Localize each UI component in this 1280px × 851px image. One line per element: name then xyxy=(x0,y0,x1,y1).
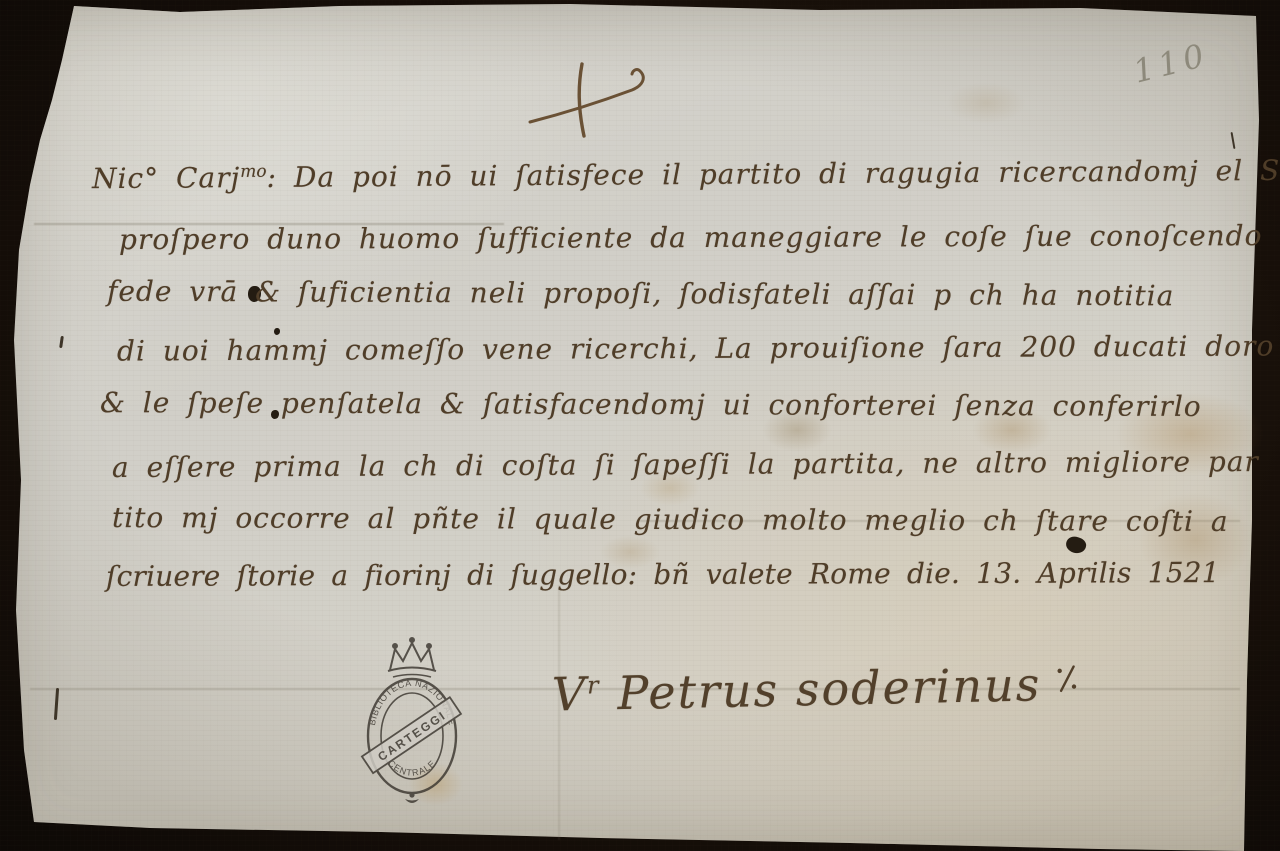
letter-line-7: tito mj occorre al pñte il quale giudico… xyxy=(112,501,1229,538)
signature: Vr Petrus soderinus xyxy=(551,656,1079,721)
manuscript-scan: 110 Nic° Carjmo: Da poi nō ui ſatisfece … xyxy=(0,0,1280,851)
letter-line-4: di uoi hammj comeſſo vene ricerchi, La p… xyxy=(117,329,1274,367)
line1-superscript: mo xyxy=(240,162,266,182)
stamp-ring-text-bottom: CENTRALE xyxy=(386,758,438,778)
line1-rest: : Da poi nō ui ſatisfece il partito di r… xyxy=(266,154,1280,194)
letter-line-2: proſpero duno huomo ſufficiente da maneg… xyxy=(119,219,1280,256)
signature-name: Petrus soderinus xyxy=(600,657,1042,720)
svg-text:CENTRALE: CENTRALE xyxy=(386,758,438,778)
line1-prefix: Nic° Carj xyxy=(92,161,240,195)
letter-line-5: & le ſpeſe penſatela & ſatisfacendomj ui… xyxy=(100,386,1202,423)
stamp-band-text: CARTEGGI xyxy=(375,708,449,764)
stamp-ornament-icon xyxy=(405,792,419,803)
signature-flourish-icon xyxy=(1055,663,1080,693)
letter-line-8: ſcriuere ſtorie a fiorinj di ſuggello: b… xyxy=(106,556,1220,593)
letter-line-6: a eſſere prima la ch di coſta ſi ſapeſſi… xyxy=(112,445,1259,484)
letter-line-3: fede vrā & ſuficientia neli propoſi, ſod… xyxy=(107,275,1175,313)
stamp-crown-icon xyxy=(388,638,436,677)
signature-prefix: V xyxy=(551,667,587,722)
signature-superscript: r xyxy=(587,671,601,699)
library-stamp: BIBLIOTECA NAZIONALE CENTRALE CARTEGGI xyxy=(356,630,468,808)
cross-mark-icon xyxy=(520,58,660,143)
